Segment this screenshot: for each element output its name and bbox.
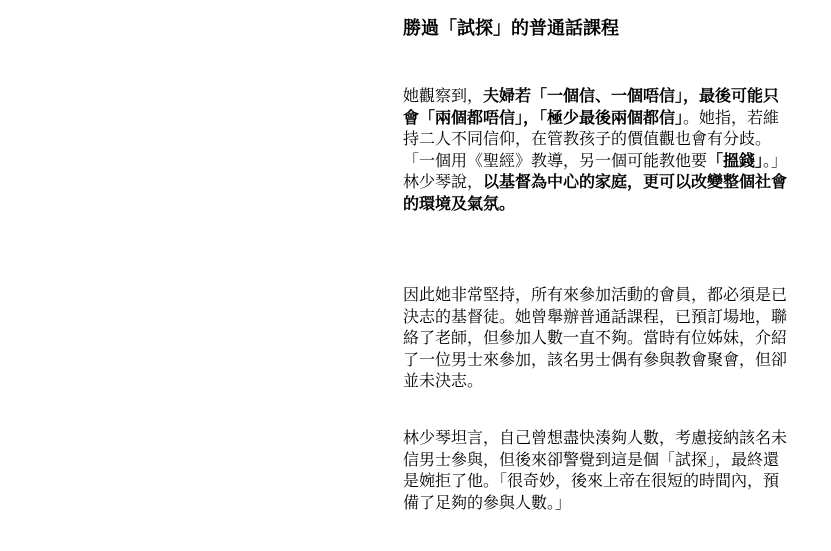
text-segment: 因此她非常堅持，所有來參加活動的會員，都必須是已決志的基督徒。她曾舉辦普通話課程… [403,287,787,390]
article-heading: 勝過「試探」的普通話課程 [403,18,619,38]
text-segment-bold: 「搵錢」 [707,153,763,170]
article-paragraph-membership-policy: 因此她非常堅持，所有來參加活動的會員，都必須是已決志的基督徒。她曾舉辦普通話課程… [403,285,792,393]
article-paragraph-observation: 她觀察到，夫婦若「一個信、一個唔信」，最後可能只會「兩個都唔信」，「極少最後兩個… [403,86,792,215]
article-paragraph-temptation: 林少琴坦言，自己曾想盡快湊夠人數，考慮接納該名未信男士參與，但後來卻警覺到這是個… [403,428,792,514]
text-segment: 她觀察到， [403,88,483,105]
text-segment: 林少琴坦言，自己曾想盡快湊夠人數，考慮接納該名未信男士參與，但後來卻警覺到這是個… [403,430,787,512]
article: 勝過「試探」的普通話課程 她觀察到，夫婦若「一個信、一個唔信」，最後可能只會「兩… [0,0,831,551]
